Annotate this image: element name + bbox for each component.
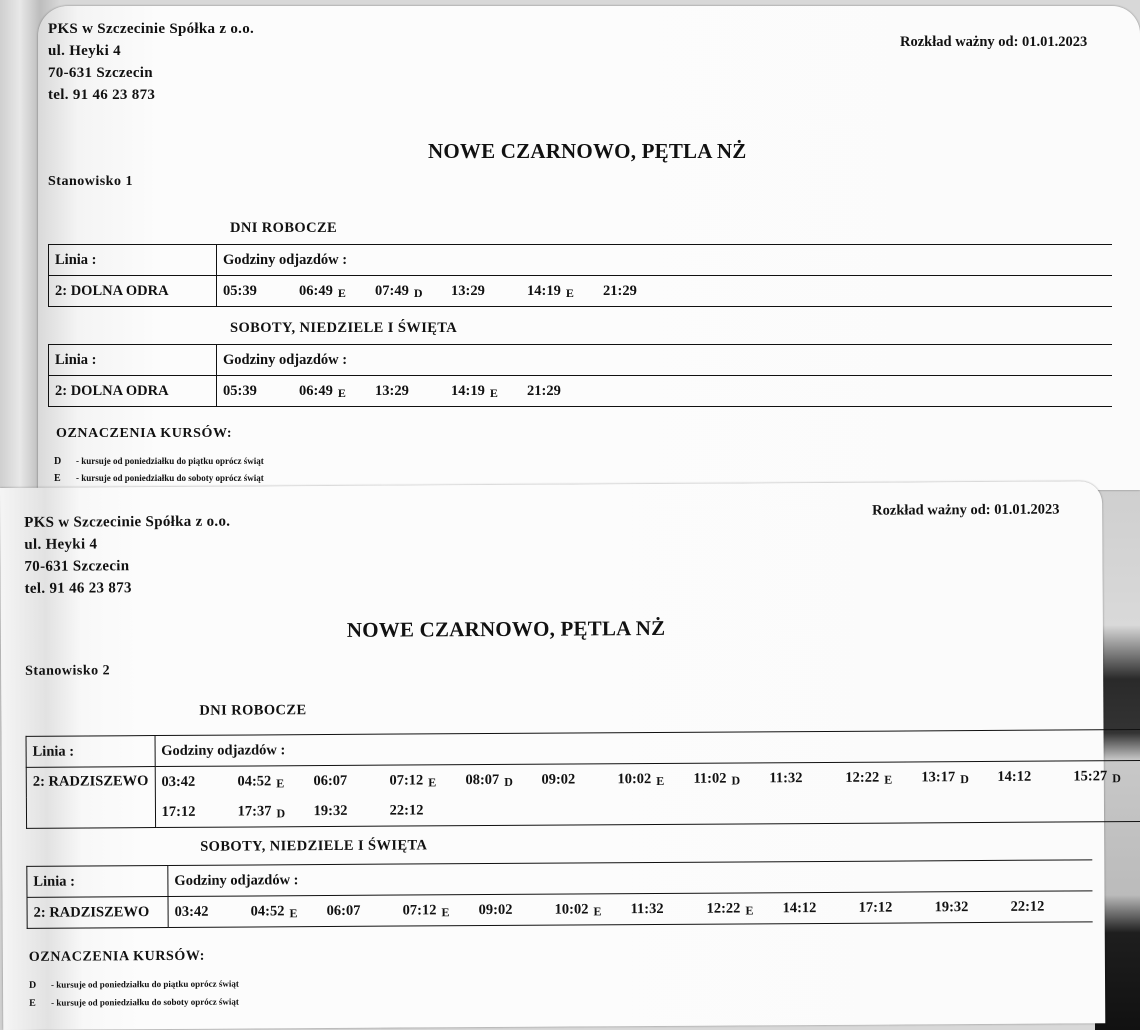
company-info: PKS w Szczecinie Spółka z o.o. ul. Heyki… (24, 511, 231, 600)
departure-time: 06:07 (327, 902, 403, 919)
time-value: 10:02 (555, 901, 589, 917)
header-line: Linia : (27, 865, 168, 897)
departure-time: 08:07D (465, 771, 541, 788)
time-value: 05:39 (223, 383, 257, 399)
time-value: 15:27 (1073, 768, 1107, 784)
departure-time: 07:49D (375, 283, 451, 300)
company-phone: tel. 91 46 23 873 (48, 84, 254, 106)
course-mark: E (490, 386, 498, 400)
company-city: 70-631 Szczecin (24, 555, 230, 578)
line-name: 2: RADZISZEWO (27, 896, 168, 928)
time-value: 17:12 (162, 803, 196, 819)
course-mark: D (1112, 771, 1121, 785)
departure-time: 12:22E (845, 769, 921, 786)
course-mark: E (593, 904, 601, 918)
departure-time: 13:17D (921, 768, 997, 785)
legend-item-d: D- kursuje od poniedziałku do piątku opr… (54, 456, 264, 467)
departure-time: 10:02E (617, 770, 693, 787)
time-value: 09:02 (479, 901, 513, 917)
departure-time: 17:12 (162, 803, 238, 820)
time-value: 21:29 (527, 383, 561, 399)
time-value: 11:02 (693, 770, 726, 786)
departure-time: 17:37D (238, 803, 314, 820)
time-value: 14:19 (451, 383, 485, 399)
departure-time: 11:02D (693, 770, 769, 787)
time-value: 07:12 (389, 772, 423, 788)
departure-time: 21:29 (603, 283, 679, 300)
header-times: Godziny odjazdów : (217, 345, 1113, 376)
timetable-sheet-stand-2: PKS w Szczecinie Spółka z o.o. ul. Heyki… (0, 481, 1105, 1030)
company-phone: tel. 91 46 23 873 (25, 577, 231, 600)
time-value: 17:37 (238, 803, 272, 819)
departure-time: 09:02 (541, 771, 617, 788)
legend-title: OZNACZENIA KURSÓW: (56, 426, 232, 442)
legend-text: - kursuje od poniedziałku do piątku opró… (76, 456, 264, 466)
time-value: 07:49 (375, 283, 409, 299)
time-value: 14:12 (997, 768, 1031, 784)
legend-code: D (29, 980, 51, 991)
header-times: Godziny odjazdów : (217, 245, 1113, 276)
departure-time: 13:29 (375, 383, 451, 400)
departure-time: 14:12 (783, 899, 859, 916)
timetable-weekends: Linia : Godziny odjazdów : 2: DOLNA ODRA… (48, 344, 1112, 407)
course-mark: D (731, 773, 740, 787)
time-value: 12:22 (845, 769, 879, 785)
company-street: ul. Heyki 4 (24, 533, 230, 556)
departure-time: 09:02 (479, 901, 555, 918)
legend-code: E (29, 998, 51, 1009)
time-value: 11:32 (769, 770, 802, 786)
departure-times: 03:4204:52E06:0707:12E09:0210:02E11:3212… (168, 891, 1093, 928)
departure-time: 19:32 (935, 898, 1011, 915)
course-mark: D (504, 774, 513, 788)
departure-time: 12:22E (707, 900, 783, 917)
time-value: 09:02 (541, 771, 575, 787)
departure-time: 07:12E (389, 772, 465, 789)
course-mark: D (960, 772, 969, 786)
legend-item-e: E- kursuje od poniedziałku do soboty opr… (29, 997, 239, 1009)
time-value: 13:29 (451, 283, 485, 299)
departure-time: 22:12 (1011, 898, 1087, 915)
time-value: 06:07 (313, 772, 347, 788)
departure-time: 04:52E (251, 903, 327, 920)
stand-label: Stanowisko 1 (48, 174, 133, 190)
departure-time: 06:07 (313, 772, 389, 789)
legend-text: - kursuje od poniedziałku do soboty opró… (76, 473, 264, 483)
departure-time: 10:02E (555, 901, 631, 918)
departure-time: 07:12E (403, 902, 479, 919)
legend-title: OZNACZENIA KURSÓW: (29, 949, 205, 966)
departure-time: 21:29 (527, 383, 603, 400)
departure-time: 11:32 (631, 900, 707, 917)
departure-times: 05:3906:49E13:2914:19E21:29 (217, 376, 1113, 407)
course-mark: E (289, 906, 297, 920)
time-value: 06:49 (299, 383, 333, 399)
departure-time: 17:12 (859, 899, 935, 916)
course-mark: E (338, 386, 346, 400)
time-value: 22:12 (390, 802, 424, 818)
course-mark: E (276, 776, 284, 790)
time-value: 06:07 (327, 902, 361, 918)
valid-from: Rozkład ważny od: 01.01.2023 (900, 34, 1087, 51)
departure-time: 14:19E (527, 283, 603, 300)
course-mark: D (414, 286, 423, 300)
time-value: 11:32 (631, 900, 664, 916)
timetable-weekdays: Linia : Godziny odjazdów : 2: RADZISZEWO… (26, 729, 1140, 829)
stop-title: NOWE CZARNOWO, PĘTLA NŻ (347, 616, 666, 643)
time-value: 12:22 (707, 900, 741, 916)
timetable-weekends: Linia : Godziny odjazdów : 2: RADZISZEWO… (26, 859, 1092, 929)
departure-time: 03:42 (175, 903, 251, 920)
course-mark: E (884, 772, 892, 786)
time-value: 19:32 (314, 802, 348, 818)
departure-time: 14:12 (997, 768, 1073, 785)
time-value: 04:52 (251, 903, 285, 919)
legend-code: E (54, 473, 76, 484)
header-line: Linia : (26, 736, 155, 768)
time-value: 05:39 (223, 283, 257, 299)
time-value: 13:17 (921, 769, 955, 785)
time-value: 14:12 (783, 900, 817, 916)
time-value: 21:29 (603, 283, 637, 299)
course-mark: E (428, 775, 436, 789)
section-label-weekends: SOBOTY, NIEDZIELE I ŚWIĘTA (230, 320, 457, 337)
time-value: 10:02 (617, 771, 651, 787)
company-info: PKS w Szczecinie Spółka z o.o. ul. Heyki… (48, 18, 254, 106)
legend-item-e: E- kursuje od poniedziałku do soboty opr… (54, 473, 264, 484)
line-name: 2: DOLNA ODRA (49, 276, 217, 307)
time-value: 17:12 (859, 899, 893, 915)
line-name: 2: DOLNA ODRA (49, 376, 217, 407)
stand-label: Stanowisko 2 (25, 663, 110, 680)
departure-times: 05:3906:49E07:49D13:2914:19E21:29 (217, 276, 1113, 307)
company-name: PKS w Szczecinie Spółka z o.o. (24, 511, 230, 534)
departure-time: 22:12 (390, 802, 466, 819)
time-value: 22:12 (1011, 898, 1045, 914)
legend-text: - kursuje od poniedziałku do piątku opró… (51, 979, 239, 990)
stop-title: NOWE CZARNOWO, PĘTLA NŻ (428, 139, 746, 164)
time-value: 08:07 (465, 771, 499, 787)
course-mark: D (276, 806, 285, 820)
company-street: ul. Heyki 4 (48, 40, 254, 62)
departure-time: 19:32 (314, 802, 390, 819)
course-mark: E (745, 903, 753, 917)
departure-time: 03:42 (161, 773, 237, 790)
time-value: 13:29 (375, 383, 409, 399)
departure-time: 13:29 (451, 283, 527, 300)
timetable-sheet-stand-1: PKS w Szczecinie Spółka z o.o. ul. Heyki… (38, 6, 1140, 490)
timetable-weekdays: Linia : Godziny odjazdów : 2: DOLNA ODRA… (48, 244, 1112, 307)
valid-from: Rozkład ważny od: 01.01.2023 (872, 502, 1059, 520)
section-label-weekdays: DNI ROBOCZE (230, 220, 337, 237)
departure-time: 11:32 (769, 769, 845, 786)
departure-time: 06:49E (299, 283, 375, 300)
legend-text: - kursuje od poniedziałku do soboty opró… (51, 997, 239, 1008)
time-value: 03:42 (175, 903, 209, 919)
time-value: 04:52 (237, 773, 271, 789)
header-line: Linia : (49, 245, 217, 276)
course-mark: E (338, 286, 346, 300)
time-value: 03:42 (161, 773, 195, 789)
departure-time: 04:52E (237, 773, 313, 790)
section-label-weekends: SOBOTY, NIEDZIELE I ŚWIĘTA (200, 837, 427, 855)
line-name: 2: RADZISZEWO (26, 767, 155, 829)
departure-time: 05:39 (223, 383, 299, 400)
departure-time: 15:27D (1073, 767, 1140, 784)
course-mark: E (656, 773, 664, 787)
section-label-weekdays: DNI ROBOCZE (199, 702, 306, 720)
course-mark: E (441, 905, 449, 919)
company-name: PKS w Szczecinie Spółka z o.o. (48, 18, 254, 40)
departure-time: 06:49E (299, 383, 375, 400)
time-value: 14:19 (527, 283, 561, 299)
company-city: 70-631 Szczecin (48, 62, 254, 84)
departure-time: 14:19E (451, 383, 527, 400)
header-line: Linia : (49, 345, 217, 376)
course-mark: E (566, 286, 574, 300)
legend-item-d: D- kursuje od poniedziałku do piątku opr… (29, 979, 239, 991)
departure-time: 05:39 (223, 283, 299, 300)
legend-code: D (54, 456, 76, 467)
time-value: 06:49 (299, 283, 333, 299)
time-value: 19:32 (935, 899, 969, 915)
departure-times-row-2: 17:1217:37D19:3222:12 (155, 791, 1140, 828)
time-value: 07:12 (403, 902, 437, 918)
